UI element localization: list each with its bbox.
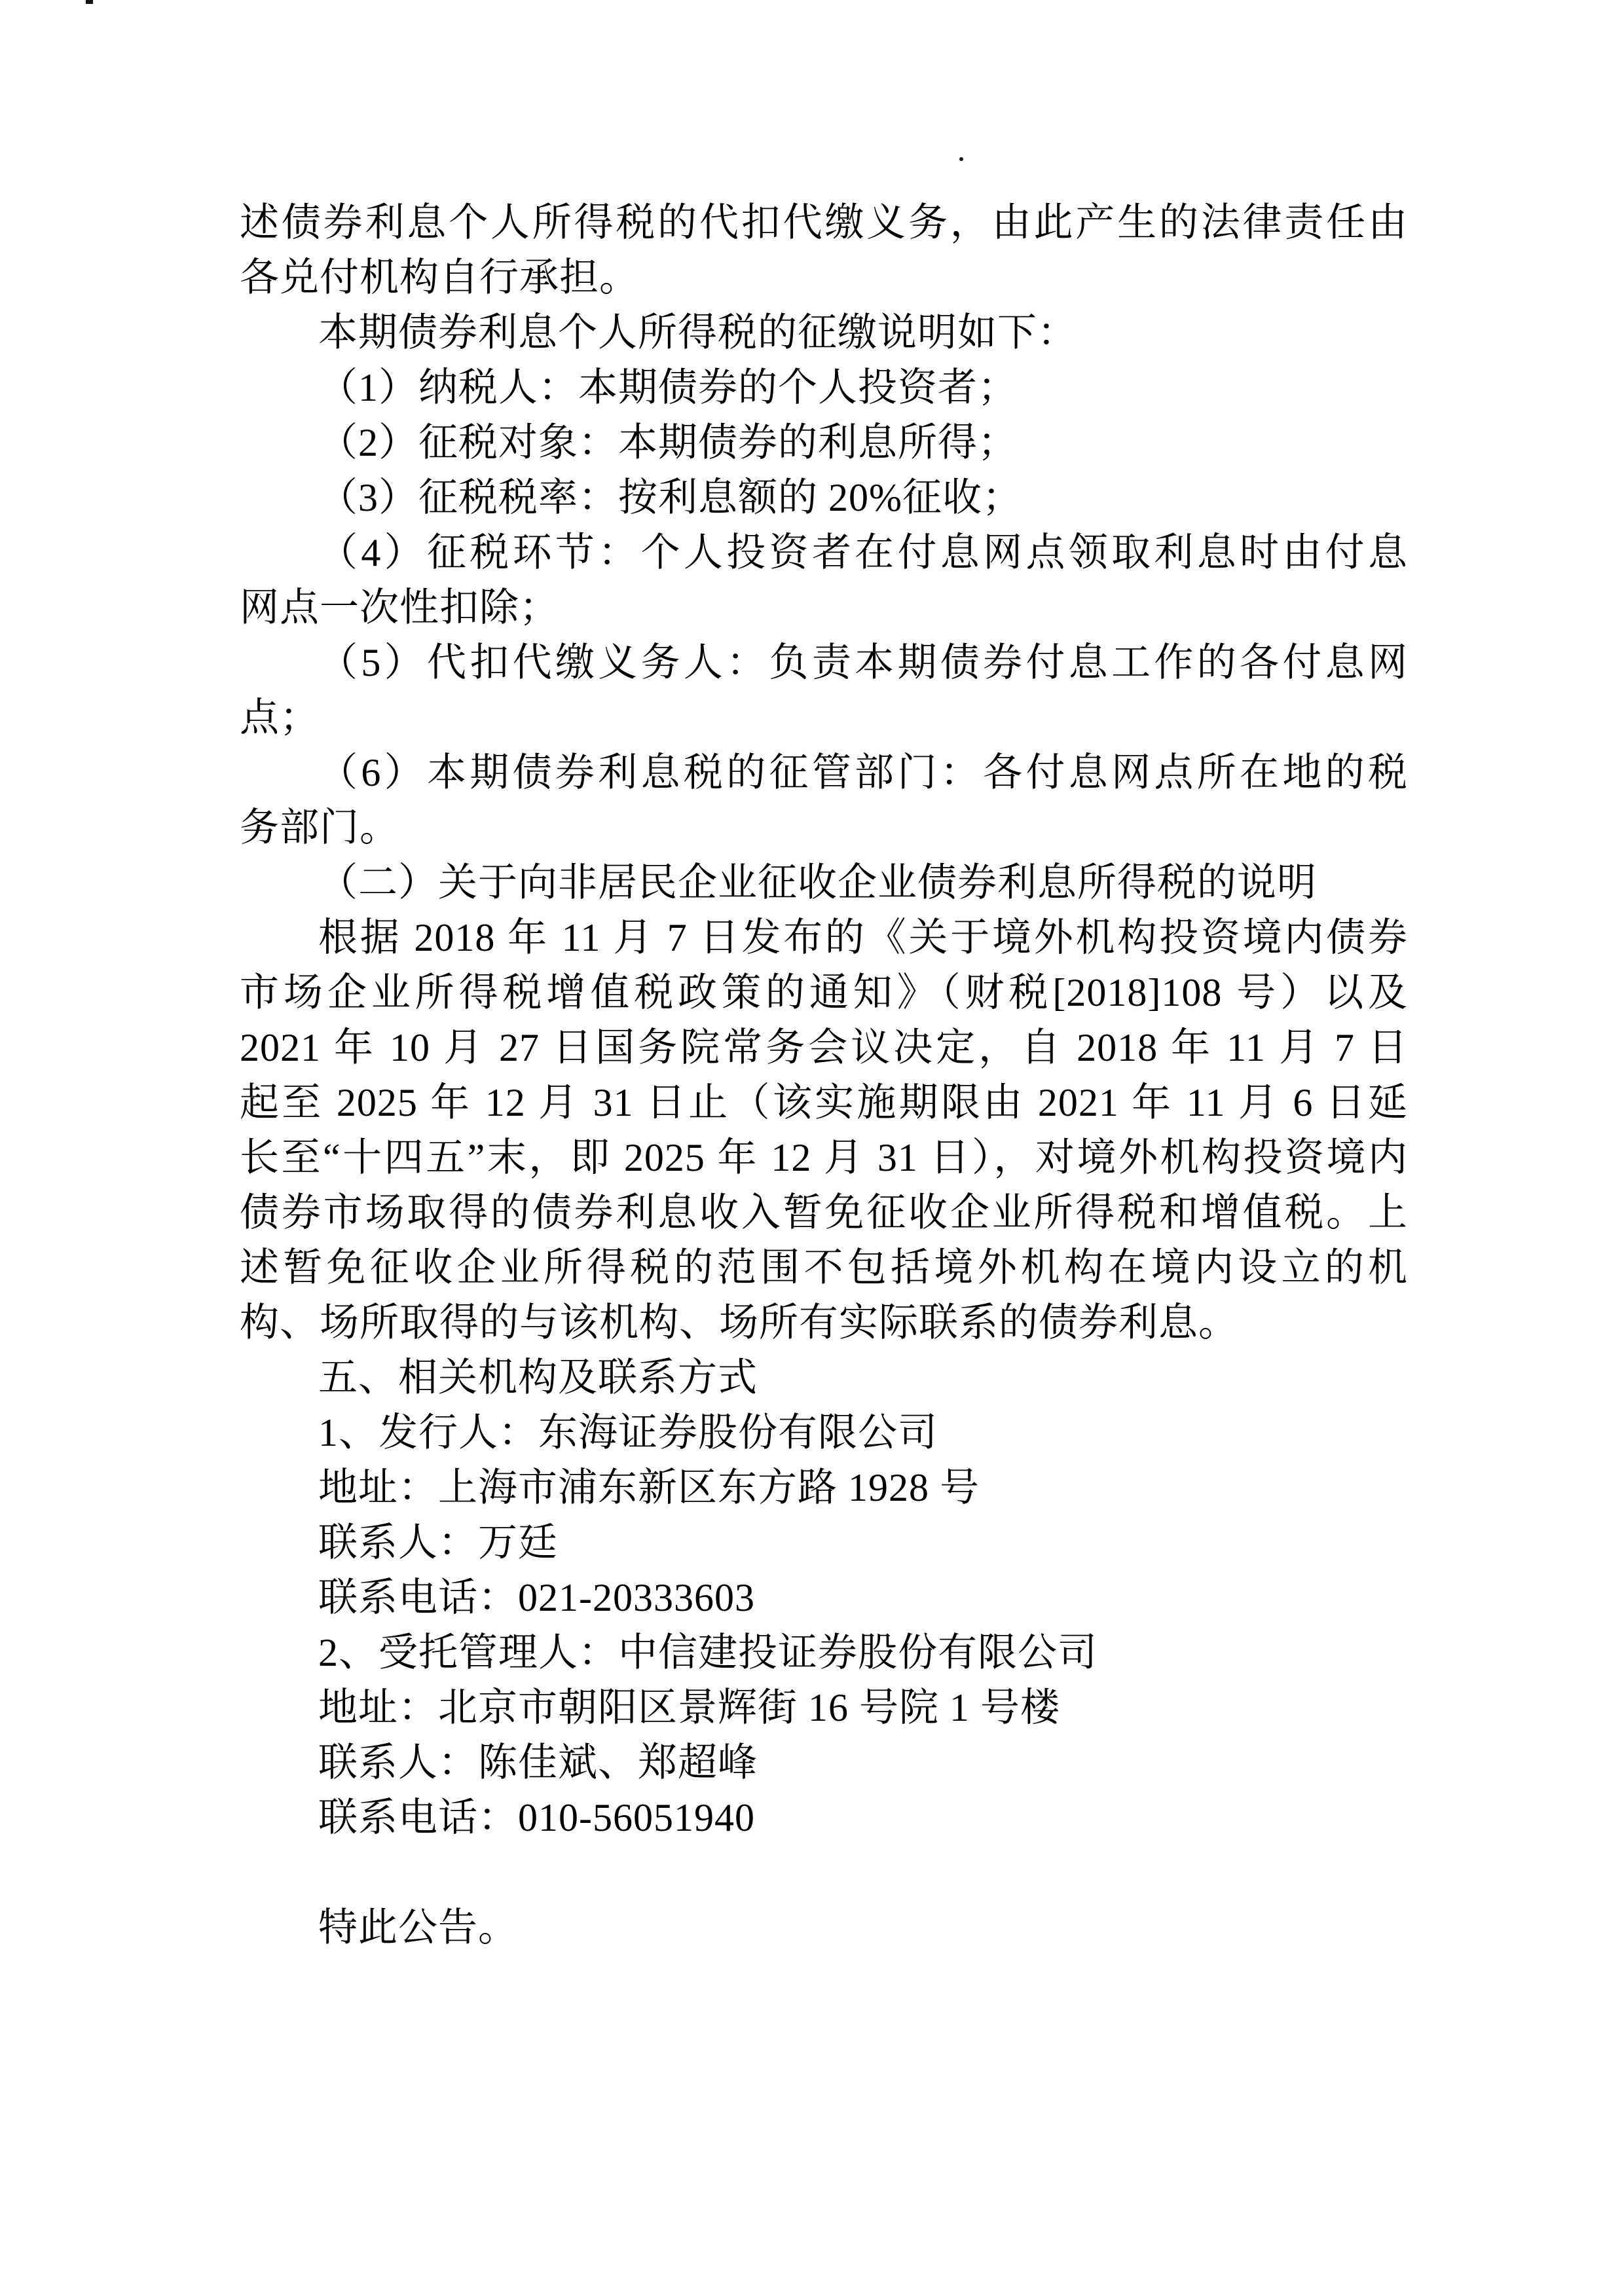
text-line: 2、受托管理人：中信建投证券股份有限公司	[240, 1625, 1408, 1680]
text-line: 联系人：万廷	[240, 1515, 1408, 1570]
document-body: 述债券利息个人所得税的代扣代缴义务，由此产生的法律责任由各兑付机构自行承担。本期…	[240, 195, 1408, 1955]
text-line: 述债券利息个人所得税的代扣代缴义务，由此产生的法律责任由	[240, 195, 1408, 250]
text-line: 务部门。	[240, 800, 1408, 855]
text-line: 债券市场取得的债券利息收入暂免征收企业所得税和增值税。上	[240, 1185, 1408, 1240]
scan-artifact-top-tick	[86, 0, 93, 4]
text-line: 2021 年 10 月 27 日国务院常务会议决定，自 2018 年 11 月 …	[240, 1020, 1408, 1075]
text-line: 市场企业所得税增值税政策的通知》（财税[2018]108 号）以及	[240, 965, 1408, 1020]
text-line: 长至“十四五”末，即 2025 年 12 月 31 日），对境外机构投资境内	[240, 1130, 1408, 1185]
text-line: （1）纳税人：本期债券的个人投资者；	[240, 360, 1408, 415]
text-line: 1、发行人：东海证券股份有限公司	[240, 1405, 1408, 1460]
text-line: 联系电话：021-20333603	[240, 1570, 1408, 1625]
text-line: （6）本期债券利息税的征管部门：各付息网点所在地的税	[240, 745, 1408, 800]
text-line: 本期债券利息个人所得税的征缴说明如下：	[240, 305, 1408, 360]
text-line: 联系人：陈佳斌、郑超峰	[240, 1735, 1408, 1790]
text-line: 特此公告。	[240, 1900, 1408, 1955]
text-line: 联系电话：010-56051940	[240, 1790, 1408, 1845]
text-line: 点；	[240, 690, 1408, 745]
text-line: 地址：北京市朝阳区景辉街 16 号院 1 号楼	[240, 1680, 1408, 1735]
document-page: 述债券利息个人所得税的代扣代缴义务，由此产生的法律责任由各兑付机构自行承担。本期…	[0, 0, 1624, 2295]
text-line: 起至 2025 年 12 月 31 日止（该实施期限由 2021 年 11 月 …	[240, 1075, 1408, 1130]
text-line: （4）征税环节：个人投资者在付息网点领取利息时由付息	[240, 525, 1408, 580]
text-line: 地址：上海市浦东新区东方路 1928 号	[240, 1460, 1408, 1515]
text-line: （2）征税对象：本期债券的利息所得；	[240, 415, 1408, 470]
text-line: （3）征税税率：按利息额的 20%征收；	[240, 470, 1408, 525]
blank-line	[240, 1845, 1408, 1900]
text-line: 网点一次性扣除；	[240, 580, 1408, 635]
text-line: （二）关于向非居民企业征收企业债券利息所得税的说明	[240, 855, 1408, 910]
scan-artifact-dot	[959, 157, 963, 161]
text-line: 根据 2018 年 11 月 7 日发布的《关于境外机构投资境内债券	[240, 910, 1408, 965]
text-line: （5）代扣代缴义务人：负责本期债券付息工作的各付息网	[240, 635, 1408, 690]
text-line: 五、相关机构及联系方式	[240, 1350, 1408, 1405]
text-line: 述暂免征收企业所得税的范围不包括境外机构在境内设立的机	[240, 1240, 1408, 1295]
text-line: 各兑付机构自行承担。	[240, 250, 1408, 305]
text-line: 构、场所取得的与该机构、场所有实际联系的债券利息。	[240, 1295, 1408, 1350]
